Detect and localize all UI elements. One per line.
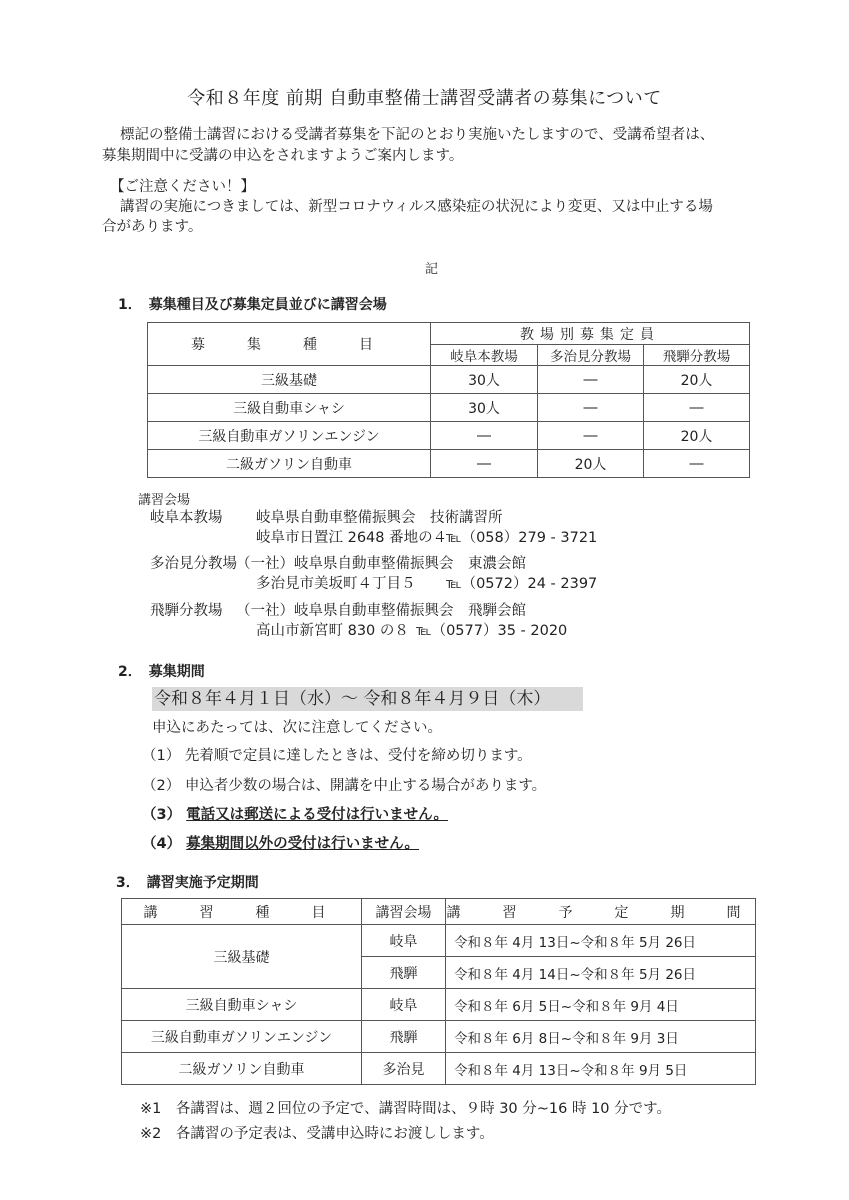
header-group: 教場別募集定員 [431,323,750,345]
cell: ― [538,394,644,422]
cell: ― [644,450,750,478]
row-item: 二級ガソリン自動車 [122,1053,362,1085]
note-text: 先着順で定員に達したときは、受付を締め切ります。 [185,748,532,764]
row-period: 令和８年 6月 8日~令和８年 9月 3日 [446,1021,756,1053]
table-row: 三級基礎 30人 ― 20人 [148,366,750,394]
cell: ― [431,422,538,450]
section3-heading: 3． 講習実施予定期間 [116,872,259,892]
row-venue: 岐阜 [362,989,446,1021]
table-row: 三級自動車シャシ 30人 ― ― [148,394,750,422]
note-num: （4） [142,836,181,852]
row-period: 令和８年 4月 13日~令和８年 5月 26日 [446,925,756,957]
table-row: 三級自動車ガソリンエンジン 飛騨 令和８年 6月 8日~令和８年 9月 3日 [122,1021,756,1053]
venue-tel: ℡（0577）35 - 2020 [416,621,567,642]
note-num: （1） [142,748,180,764]
venue-tel: ℡（058）279 - 3721 [446,528,597,549]
note-item: （1） 先着順で定員に達したときは、受付を締め切ります。 [142,746,532,767]
cell: ― [538,366,644,394]
schedule-table: 講 習 種 目 講習会場 講 習 予 定 期 間 三級基礎 岐阜 令和８年 4月… [121,898,756,1085]
notice-line-2: 合があります。 [102,217,202,238]
row-venue: 飛騨 [362,957,446,989]
row-period: 令和８年 4月 14日~令和８年 5月 26日 [446,957,756,989]
application-period: 令和８年４月１日（水）～ 令和８年４月９日（木） [152,687,583,711]
cell: 30人 [431,366,538,394]
cell: 30人 [431,394,538,422]
page-title: 令和８年度 前期 自動車整備士講習受講者の募集について [0,84,849,110]
row-period: 令和８年 4月 13日~令和８年 9月 5日 [446,1053,756,1085]
note-text: 募集期間以外の受付は行いません。 [186,836,419,852]
venue-name: 飛騨分教場 [150,601,223,622]
notice-line-1: 講習の実施につきましては、新型コロナウィルス感染症の状況により変更、又は中止する… [120,197,713,218]
venue-org: （一社）岐阜県自動車整備振興会 東濃会館 [236,554,526,575]
table-row: 三級自動車シャシ 岐阜 令和８年 6月 5日~令和８年 9月 4日 [122,989,756,1021]
row-venue: 飛騨 [362,1021,446,1053]
intro-line-2: 募集期間中に受講の申込をされますようご案内します。 [102,146,463,167]
capacity-table: 募 集 種 目 教場別募集定員 岐阜本教場 多治見分教場 飛騨分教場 三級基礎 … [147,322,750,478]
row-item: 三級自動車シャシ [122,989,362,1021]
ki-mark: 記 [425,258,438,277]
note-text: 電話又は郵送による受付は行いません。 [186,807,448,823]
notice-heading: 【ご注意ください！】 [110,177,255,198]
note-item: （4） 募集期間以外の受付は行いません。 [142,834,419,855]
row-item: 三級自動車ガソリンエンジン [122,1021,362,1053]
header-venue: 多治見分教場 [538,345,644,366]
table-row: 二級ガソリン自動車 多治見 令和８年 4月 13日~令和８年 9月 5日 [122,1053,756,1085]
row-item: 三級基礎 [148,366,431,394]
footnote-1: ※1 各講習は、週２回位の予定で、講習時間は、９時 30 分~16 時 10 分… [140,1099,671,1120]
table-row: 二級ガソリン自動車 ― 20人 ― [148,450,750,478]
note-num: （2） [142,778,180,794]
row-item: 三級自動車シャシ [148,394,431,422]
header-venue: 岐阜本教場 [431,345,538,366]
venue-tel: ℡（0572）24 - 2397 [446,574,597,595]
note-text: 申込者少数の場合は、開講を中止する場合があります。 [185,778,546,794]
cell: ― [538,422,644,450]
note-item: （3） 電話又は郵送による受付は行いません。 [142,805,448,826]
row-period: 令和８年 6月 5日~令和８年 9月 4日 [446,989,756,1021]
venue-org: 岐阜県自動車整備振興会 技術講習所 [256,508,503,529]
cell: ― [431,450,538,478]
header-venue: 講習会場 [362,899,446,925]
cell: 20人 [644,366,750,394]
header-item: 講 習 種 目 [122,899,362,925]
section1-heading: 1． 募集種目及び募集定員並びに講習会場 [118,294,387,314]
cell: 20人 [644,422,750,450]
table-row: 三級基礎 岐阜 令和８年 4月 13日~令和８年 5月 26日 [122,925,756,957]
venue-address: 岐阜市日置江 2648 番地の４ [256,528,447,549]
cell: ― [644,394,750,422]
venue-name: 岐阜本教場 [150,508,223,529]
note-intro: 申込にあたっては、次に注意してください。 [152,718,442,739]
row-item: 三級自動車ガソリンエンジン [148,422,431,450]
row-item: 三級基礎 [122,925,362,989]
venue-address: 多治見市美坂町４丁目５ [256,574,416,595]
intro-line-1: 標記の整備士講習における受講者募集を下記のとおり実施いたしますので、受講希望者は… [120,125,714,146]
table-row: 三級自動車ガソリンエンジン ― ― 20人 [148,422,750,450]
venues-label: 講習会場 [138,489,190,508]
venue-address: 高山市新宮町 830 の８ [256,621,409,642]
cell: 20人 [538,450,644,478]
header-period: 講 習 予 定 期 間 [446,899,756,925]
header-item: 募 集 種 目 [148,323,431,366]
venue-name: 多治見分教場 [150,554,237,575]
note-item: （2） 申込者少数の場合は、開講を中止する場合があります。 [142,776,546,797]
header-venue: 飛騨分教場 [644,345,750,366]
section2-heading: 2． 募集期間 [118,661,205,681]
row-item: 二級ガソリン自動車 [148,450,431,478]
row-venue: 岐阜 [362,925,446,957]
footnote-2: ※2 各講習の予定表は、受講申込時にお渡しします。 [140,1124,494,1145]
note-num: （3） [142,807,181,823]
venue-org: （一社）岐阜県自動車整備振興会 飛騨会館 [236,601,526,622]
row-venue: 多治見 [362,1053,446,1085]
